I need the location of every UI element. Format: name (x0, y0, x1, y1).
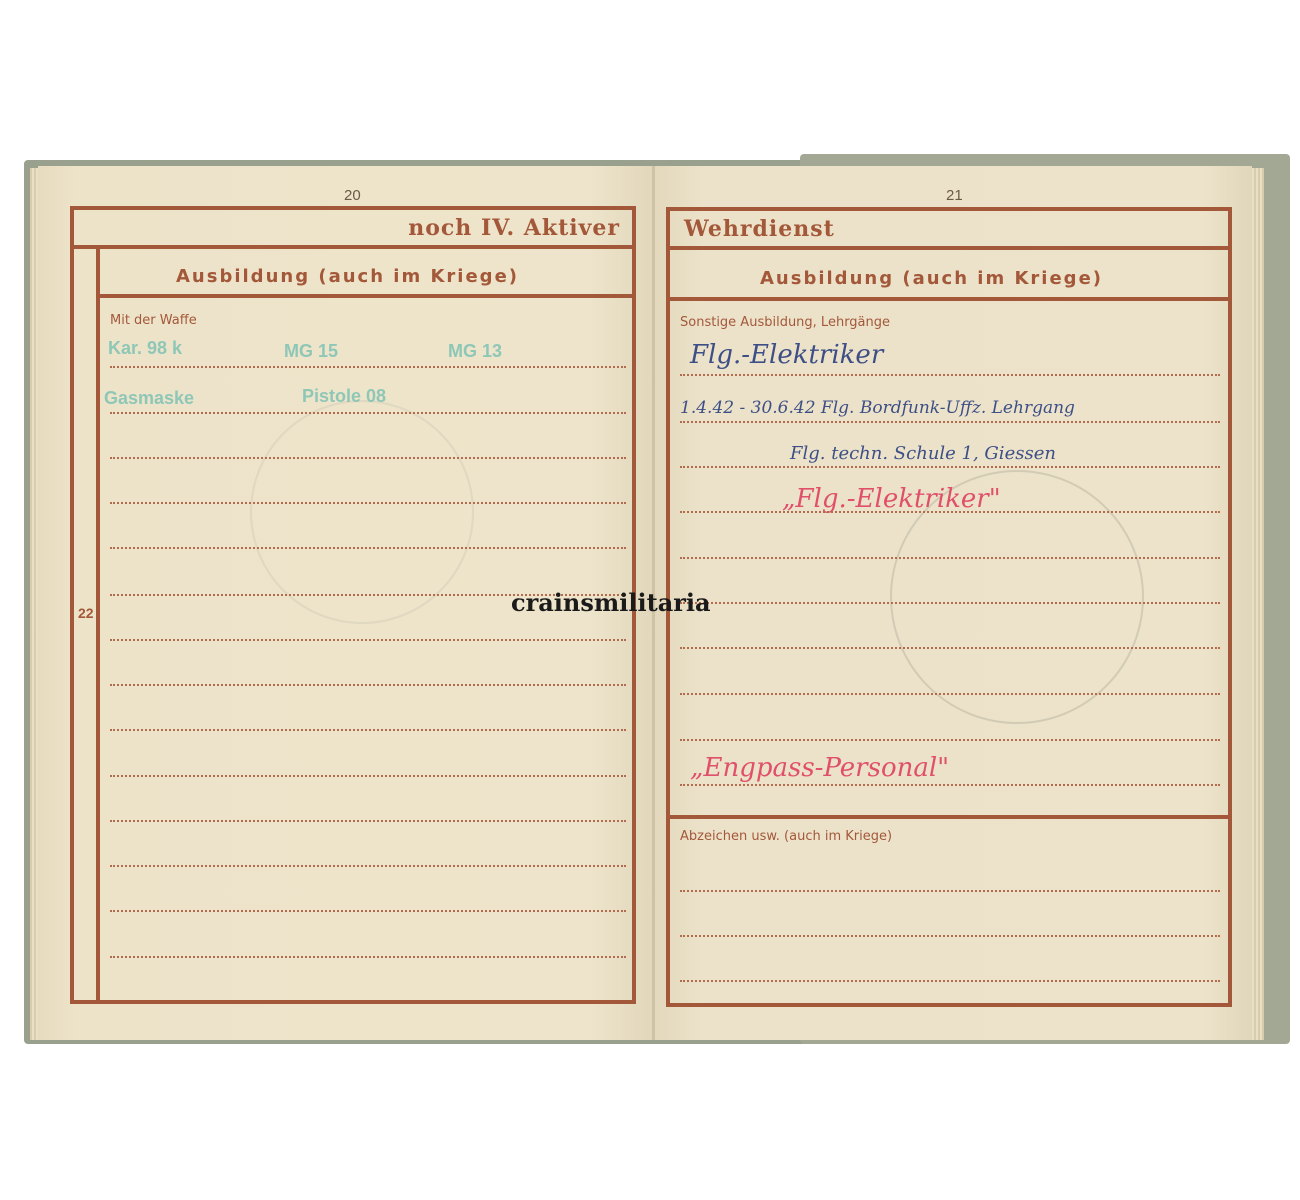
writing-line (680, 693, 1220, 695)
writing-line (680, 421, 1220, 423)
right-subtitle-divider (666, 297, 1232, 301)
handwritten-red-entry-2: „Engpass-Personal" (690, 753, 949, 783)
stamp-kar98k: Kar. 98 k (108, 338, 182, 359)
writing-line (680, 890, 1220, 892)
writing-line (110, 366, 626, 368)
section-title-right: Wehrdienst (684, 216, 835, 242)
writing-line (680, 557, 1220, 559)
subsection-title-right: Ausbildung (auch im Kriege) (760, 268, 1103, 289)
writing-line (680, 739, 1220, 741)
watermark: crainsmilitaria (511, 588, 711, 617)
field-label-other-training: Sonstige Ausbildung, Lehrgänge (680, 315, 890, 330)
handwritten-entry-2: 1.4.42 - 30.6.42 Flg. Bordfunk-Uffz. Leh… (680, 398, 1075, 418)
writing-line (110, 729, 626, 731)
page-number-right: 21 (946, 187, 963, 204)
left-side-column-divider (96, 245, 100, 1004)
stamp-gasmaske: Gasmaske (104, 388, 194, 409)
writing-line (680, 511, 1220, 513)
side-number: 22 (78, 605, 94, 621)
field-label-badges: Abzeichen usw. (auch im Kriege) (680, 829, 892, 844)
section-title-left: noch IV. Aktiver (408, 215, 620, 241)
writing-line (110, 865, 626, 867)
left-subtitle-divider (96, 294, 636, 298)
stamp-pistole08: Pistole 08 (302, 386, 386, 407)
page-stack-right (1250, 168, 1264, 1040)
writing-line (680, 784, 1220, 786)
writing-line (110, 412, 626, 414)
writing-line (680, 980, 1220, 982)
writing-line (680, 466, 1220, 468)
right-title-divider (666, 246, 1232, 250)
right-badges-divider (666, 815, 1232, 819)
writing-line (110, 775, 626, 777)
handwritten-red-entry-1: „Flg.-Elektriker" (782, 484, 1001, 514)
left-title-divider (70, 245, 636, 249)
stamp-mg13: MG 13 (448, 341, 502, 362)
subsection-title-left: Ausbildung (auch im Kriege) (176, 266, 519, 287)
writing-line (110, 910, 626, 912)
field-label-weapon: Mit der Waffe (110, 313, 197, 328)
writing-line (680, 374, 1220, 376)
writing-line (110, 457, 626, 459)
handwritten-entry-1: Flg.-Elektriker (690, 340, 883, 370)
writing-line (680, 935, 1220, 937)
writing-line (110, 820, 626, 822)
writing-line (110, 639, 626, 641)
page-number-left: 20 (344, 187, 361, 204)
writing-line (680, 602, 1220, 604)
writing-line (110, 684, 626, 686)
handwritten-entry-3: Flg. techn. Schule 1, Giessen (790, 443, 1056, 464)
writing-line (110, 502, 626, 504)
writing-line (680, 647, 1220, 649)
writing-line (110, 547, 626, 549)
writing-line (110, 956, 626, 958)
stamp-mg15: MG 15 (284, 341, 338, 362)
